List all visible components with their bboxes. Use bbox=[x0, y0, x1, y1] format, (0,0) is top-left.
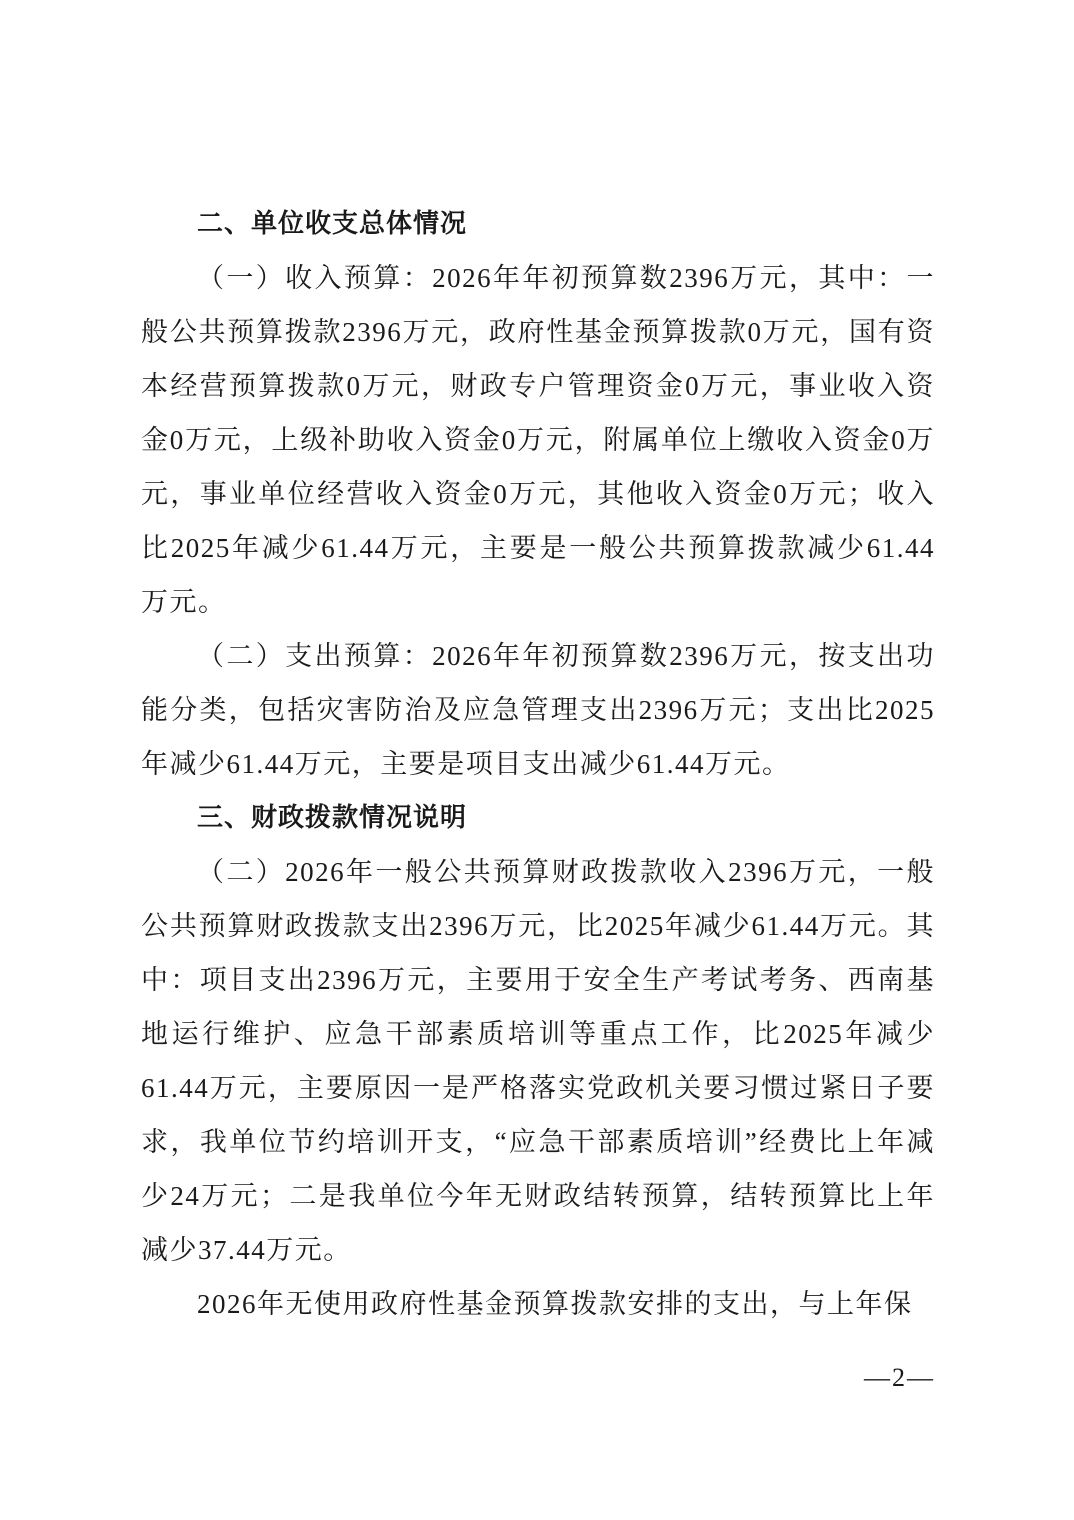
section-heading-fiscal-appropriation: 三、财政拨款情况说明 bbox=[141, 791, 935, 845]
page-number: —2— bbox=[864, 1363, 935, 1393]
paragraph-expenditure-budget: （二）支出预算：2026年年初预算数2396万元，按支出功能分类，包括灾害防治及… bbox=[141, 629, 935, 791]
paragraph-income-budget: （一）收入预算：2026年年初预算数2396万元，其中：一般公共预算拨款2396… bbox=[141, 251, 935, 629]
document-page: 二、单位收支总体情况 （一）收入预算：2026年年初预算数2396万元，其中：一… bbox=[141, 197, 935, 1331]
paragraph-general-public-budget: （二）2026年一般公共预算财政拨款收入2396万元，一般公共预算财政拨款支出2… bbox=[141, 845, 935, 1277]
paragraph-government-fund: 2026年无使用政府性基金预算拨款安排的支出，与上年保 bbox=[141, 1277, 935, 1331]
section-heading-unit-overview: 二、单位收支总体情况 bbox=[141, 197, 935, 251]
